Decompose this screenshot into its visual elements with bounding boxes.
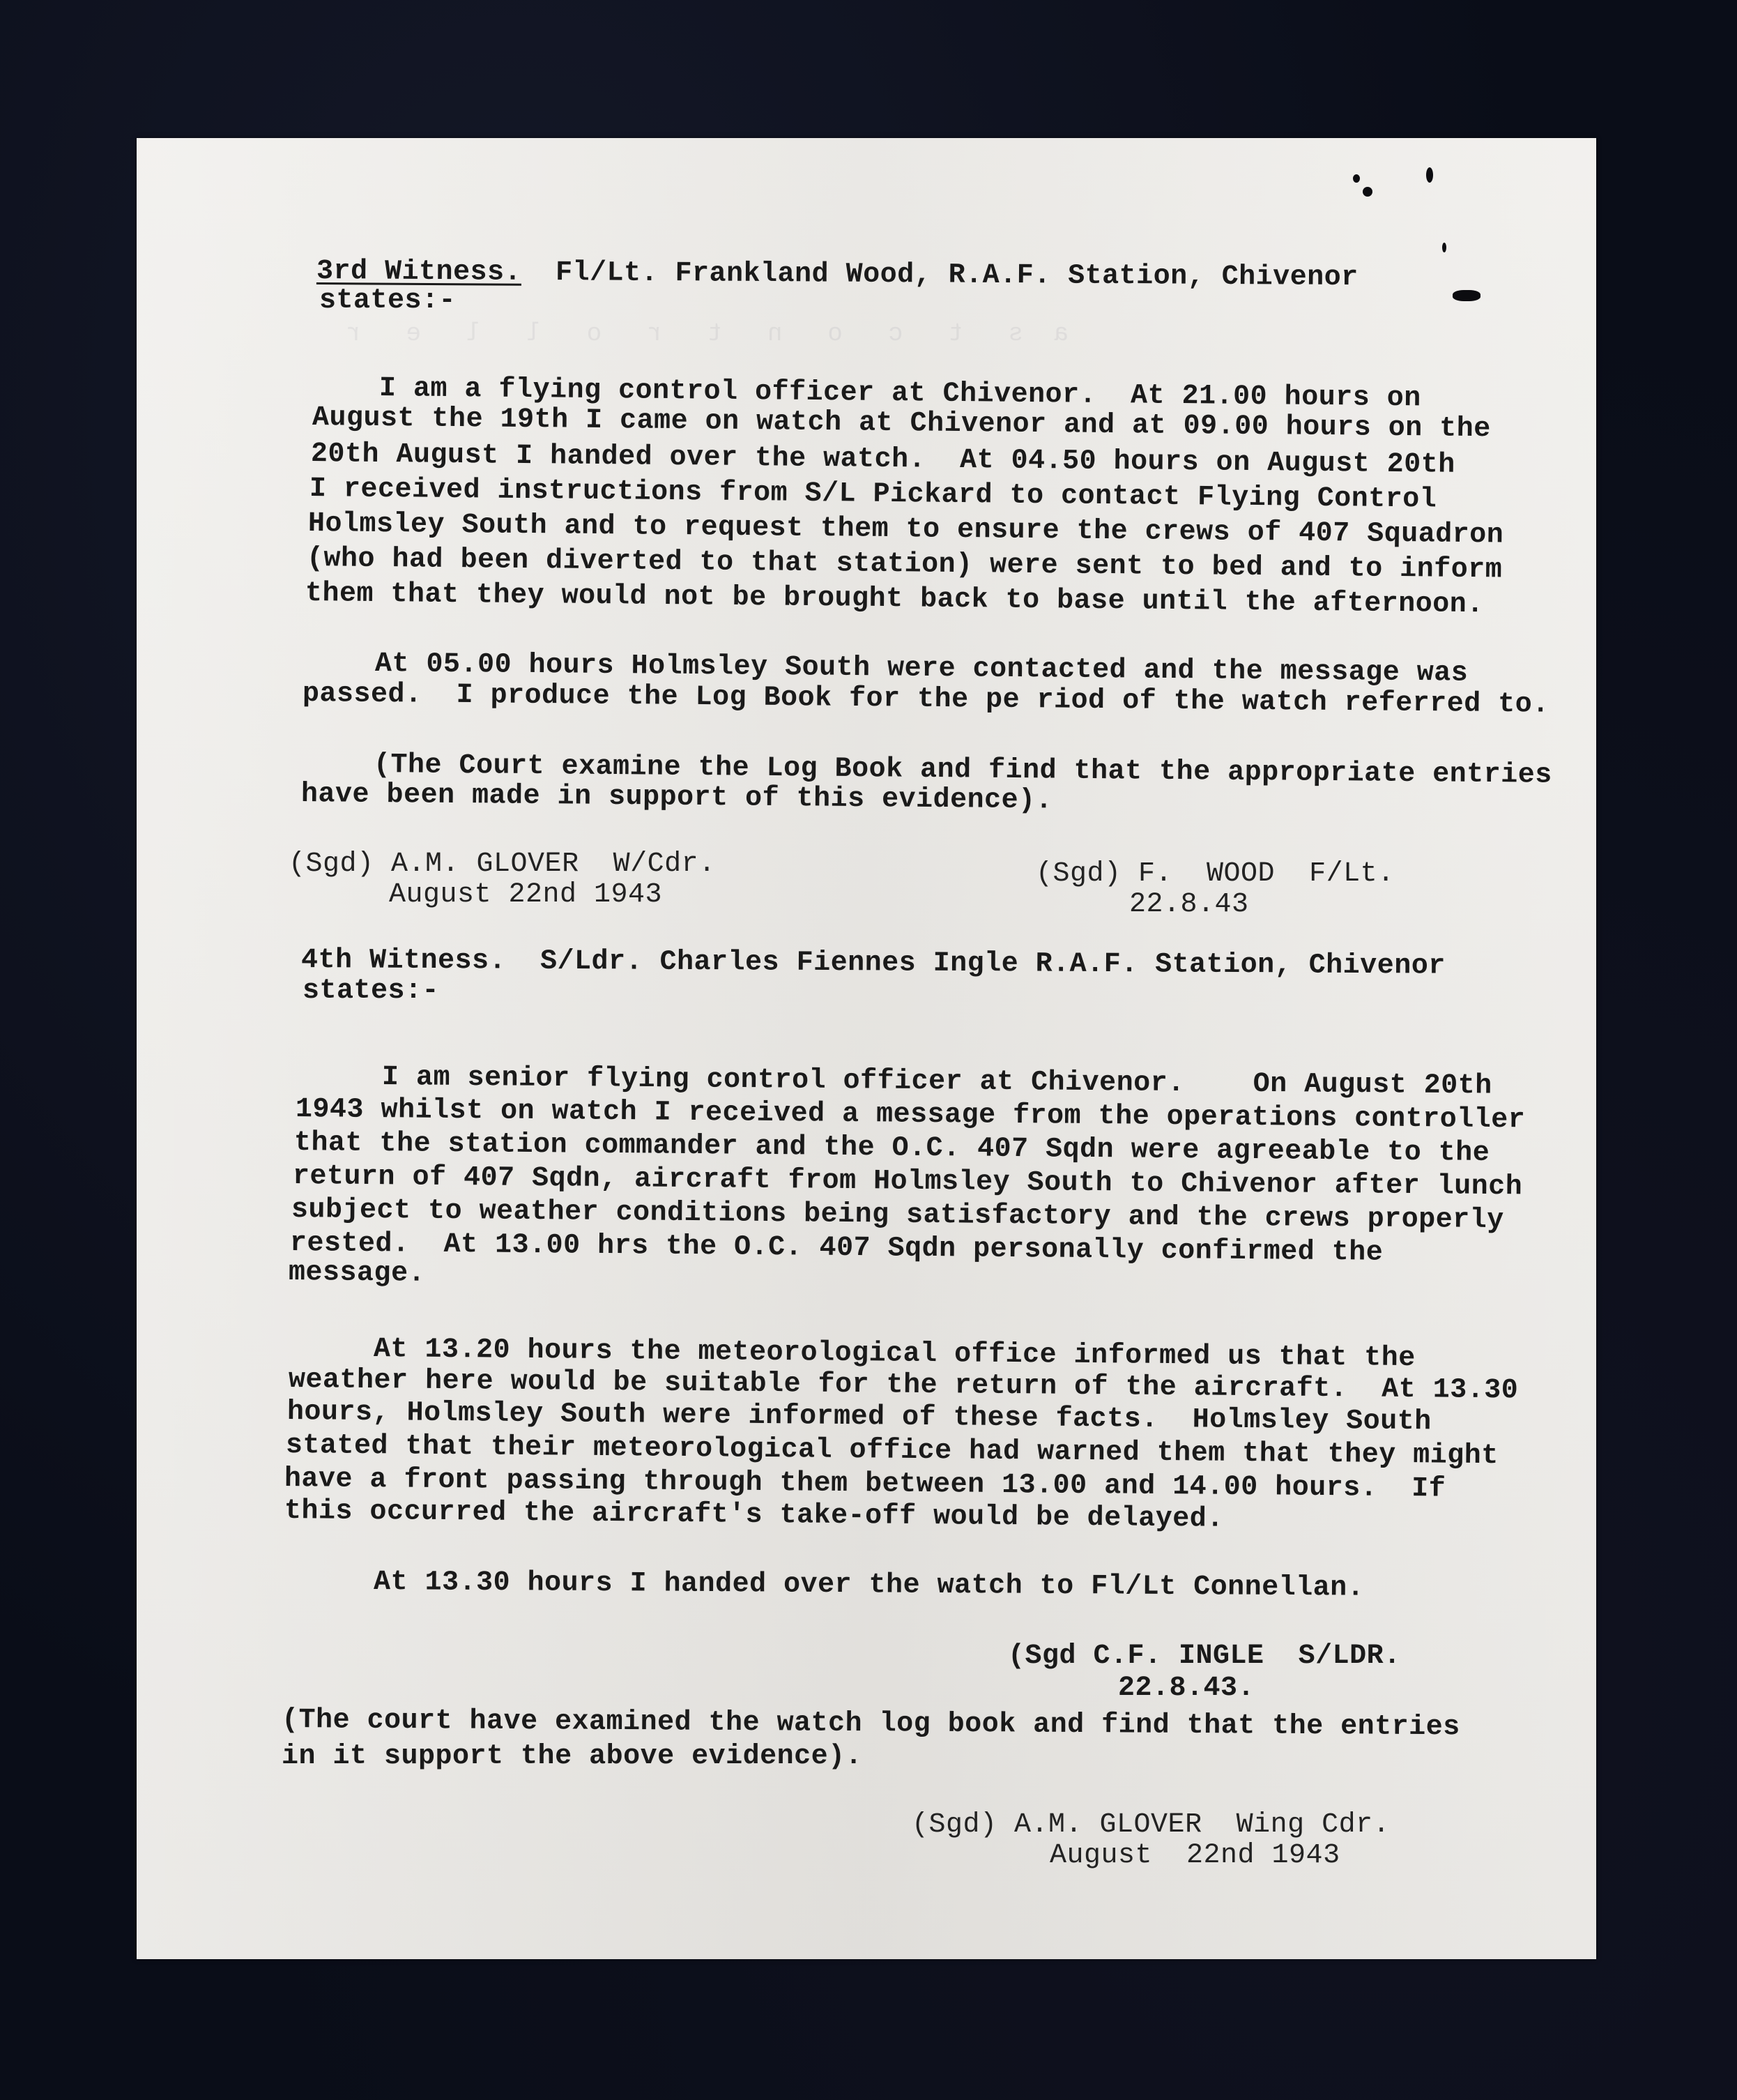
typewritten-page: a s t c o n t r o l l e r 3rd Witness. F… — [137, 138, 1596, 1959]
witness4-para3: At 13.30 hours I handed over the watch t… — [374, 1569, 1364, 1603]
witness3-para1-line: them that they would not be brought back… — [305, 580, 1484, 619]
witness4-signature: (Sgd C.F. INGLE S/LDR. — [1008, 1643, 1401, 1671]
show-through-text: a s t c o n t r o l l e r — [346, 319, 1069, 348]
witness4-para1-line: rested. At 13.00 hrs the O.C. 407 Sqdn p… — [290, 1230, 1384, 1268]
witness3-label: 3rd Witness. — [316, 256, 521, 289]
witness4-para2-line: this occurred the aircraft's take-off wo… — [284, 1498, 1224, 1534]
witness4-para1-line: I am senior flying control officer at Ch… — [382, 1064, 1492, 1101]
final-signature: (Sgd) A.M. GLOVER Wing Cdr. — [912, 1811, 1390, 1839]
punch-hole — [1453, 290, 1480, 301]
witness3-name: Fl/Lt. Frankland Wood, R.A.F. Station, C… — [556, 257, 1359, 294]
witness4-name: S/Ldr. Charles Fiennes Ingle R.A.F. Stat… — [540, 946, 1446, 982]
punch-hole — [1442, 243, 1446, 252]
witness3-signature-president-date: August 22nd 1943 — [389, 881, 662, 909]
witness3-para1-line: I received instructions from S/L Pickard… — [309, 475, 1437, 515]
witness4-court-note-line: in it support the above evidence). — [282, 1743, 862, 1771]
witness3-signature-witness-date: 22.8.43 — [1129, 891, 1249, 919]
witness4-label: 4th Witness. — [301, 945, 506, 977]
final-signature-date: August 22nd 1943 — [1050, 1842, 1340, 1870]
witness3-states: states:- — [319, 287, 456, 315]
witness3-court-note-line: have been made in support of this eviden… — [301, 781, 1053, 815]
punch-hole — [1353, 174, 1360, 183]
witness4-signature-date: 22.8.43. — [1118, 1675, 1255, 1703]
witness4-court-note-line: (The court have examined the watch log b… — [282, 1707, 1460, 1742]
punch-hole — [1426, 167, 1433, 183]
witness3-para1-line: Holmsley South and to request them to en… — [308, 510, 1504, 549]
punch-hole — [1363, 187, 1372, 197]
witness3-para1-line: (who had been diverted to that station) … — [307, 545, 1503, 584]
witness4-states: states:- — [303, 977, 439, 1005]
witness3-signature-president: (Sgd) A.M. GLOVER W/Cdr. — [289, 851, 716, 878]
witness3-heading: 3rd Witness. Fl/Lt. Frankland Wood, R.A.… — [316, 258, 1359, 292]
witness4-para1-line: message. — [289, 1259, 425, 1288]
witness4-heading: 4th Witness. S/Ldr. Charles Fiennes Ingl… — [301, 947, 1446, 981]
witness3-para1-line: 20th August I handed over the watch. At … — [311, 441, 1455, 480]
witness3-signature-witness: (Sgd) F. WOOD F/Lt. — [1036, 860, 1395, 888]
